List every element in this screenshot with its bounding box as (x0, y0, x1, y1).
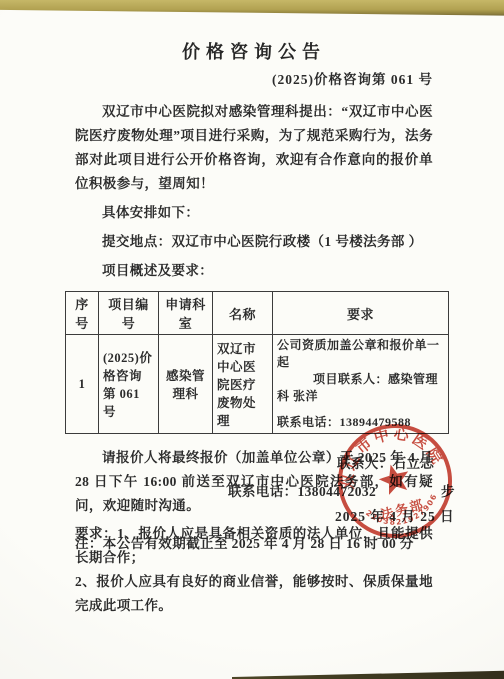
cell-name: 双辽市中心医院医疗废物处理 (213, 335, 273, 434)
cell-department: 感染管理科 (159, 335, 213, 434)
document-title: 价格咨询公告 (75, 38, 433, 64)
official-seal: 双辽市中心医院 法务部 2203821927906 (320, 406, 470, 556)
scanned-document-page: { "document": { "title": "价格咨询公告", "doc_… (0, 0, 504, 679)
col-header-project-no: 项目编号 (99, 292, 159, 335)
intro-paragraph: 双辽市中心医院拟对感染管理科提出：“双辽市中心医院医疗废物处理”项目进行采购，为… (75, 100, 433, 196)
requirement-line-2: 项目联系人：感染管理科 张洋 (277, 371, 444, 405)
cell-project-no: (2025)价格咨询第 061 号 (99, 335, 159, 434)
submit-location-line: 提交地点：双辽市中心医院行政楼（1 号楼法务部 ） (75, 229, 433, 254)
table-header-row: 序 号 项目编号 申请科室 名称 要求 (66, 292, 449, 335)
col-header-requirements: 要求 (273, 292, 449, 335)
col-header-name: 名称 (213, 292, 273, 335)
photo-backdrop-top-band (0, 0, 504, 17)
overview-heading: 项目概述及要求： (75, 258, 433, 283)
cell-seq: 1 (66, 335, 99, 434)
arrangement-heading: 具体安排如下： (75, 200, 433, 225)
seal-star-icon (376, 461, 413, 497)
document-number: (2025)价格咨询第 061 号 (75, 68, 433, 88)
requirement-line-1: 公司资质加盖公章和报价单一起 (277, 337, 444, 371)
col-header-department: 申请科室 (159, 292, 213, 335)
photo-backdrop-bottom-edge (232, 670, 504, 679)
requirements-paragraph-2: 2、报价人应具有良好的商业信誉，能够按时、保质保量地完成此项工作。 (75, 570, 433, 618)
col-header-seq: 序 号 (66, 292, 99, 335)
